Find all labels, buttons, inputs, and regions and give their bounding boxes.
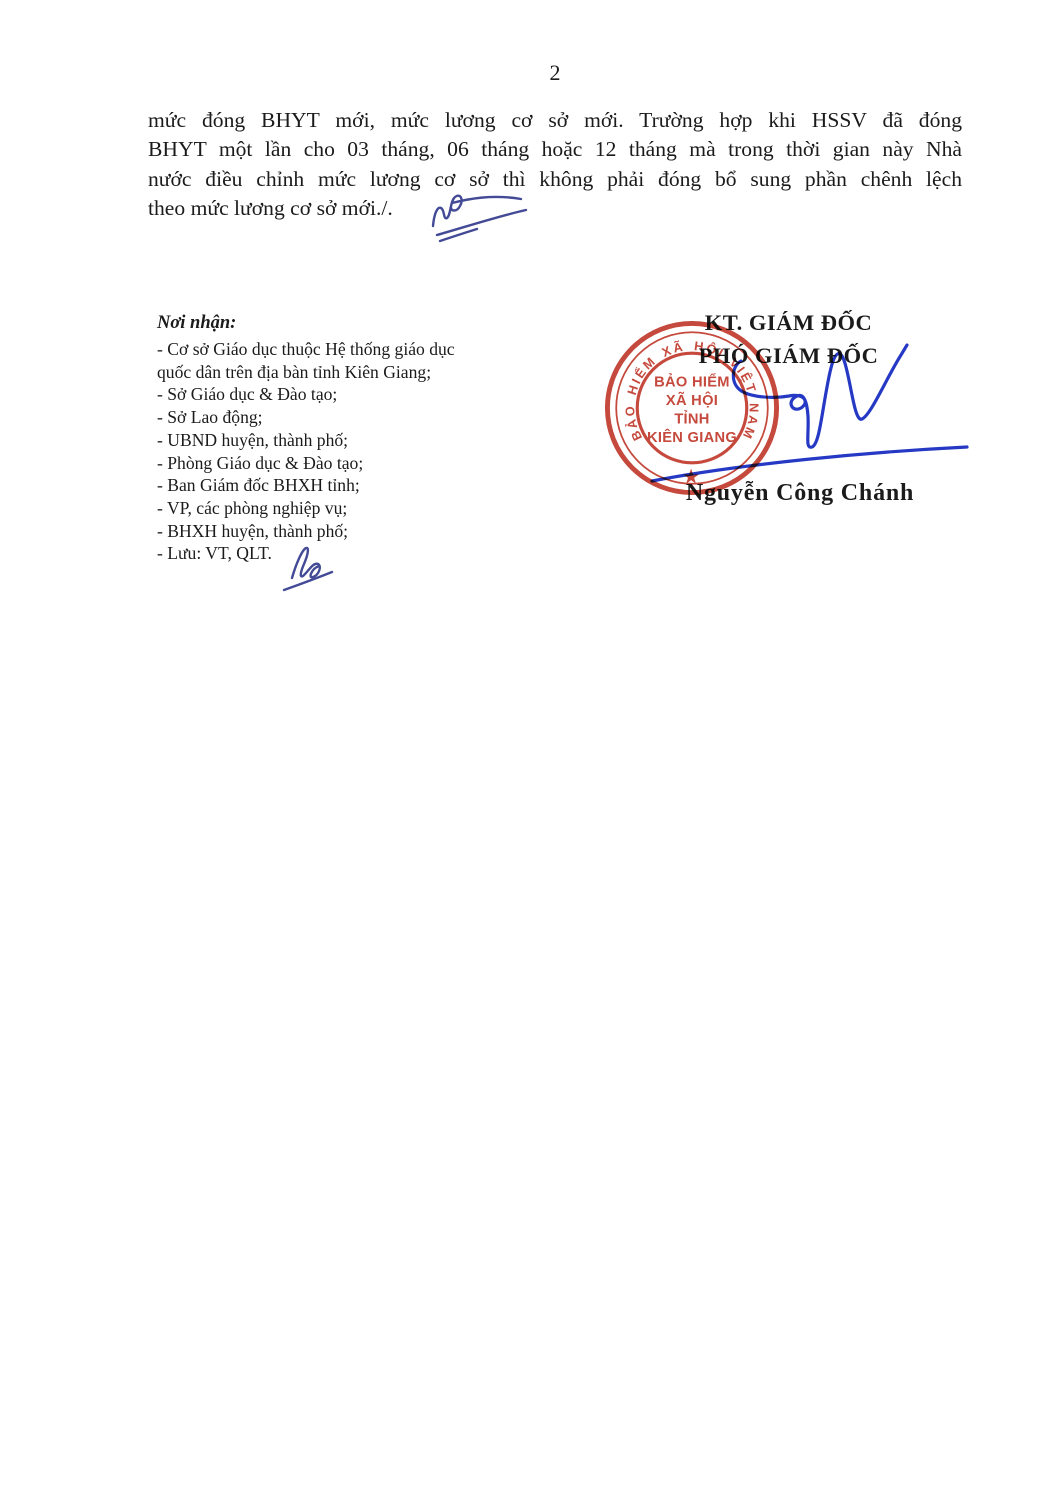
recipient-line: - Ban Giám đốc BHXH tỉnh; [157,474,517,497]
recipient-line: quốc dân trên địa bàn tỉnh Kiên Giang; [157,361,517,384]
handwritten-initial-icon [425,182,535,246]
recipient-line: - Phòng Giáo dục & Đào tạo; [157,452,517,475]
handwritten-initial-icon [278,538,340,594]
recipients-heading: Nơi nhận: [157,310,517,336]
signature-scribble-icon [560,335,990,490]
recipient-line: - Sở Lao động; [157,406,517,429]
page-number: 2 [148,60,962,86]
recipients-block: Nơi nhận: - Cơ sở Giáo dục thuộc Hệ thốn… [157,310,517,565]
recipient-line: - UBND huyện, thành phố; [157,429,517,452]
body-line: BHYT một lần cho 03 tháng, 06 tháng hoặc… [148,135,962,164]
body-line: theo mức lương cơ sở mới./. [148,194,962,223]
recipient-line: - VP, các phòng nghiệp vụ; [157,497,517,520]
body-paragraph: mức đóng BHYT mới, mức lương cơ sở mới. … [148,106,962,224]
recipient-line: - Sở Giáo dục & Đào tạo; [157,383,517,406]
recipient-line: - Cơ sở Giáo dục thuộc Hệ thống giáo dục [157,338,517,361]
body-line: mức đóng BHYT mới, mức lương cơ sở mới. … [148,106,962,135]
body-line: nước điều chỉnh mức lương cơ sở thì khôn… [148,165,962,194]
document-page: 2 mức đóng BHYT mới, mức lương cơ sở mới… [0,0,1060,1499]
